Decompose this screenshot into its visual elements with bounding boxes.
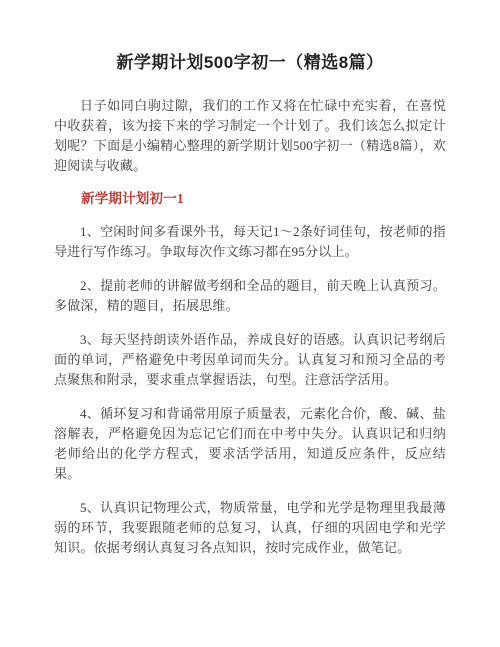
intro-paragraph: 日子如同白驹过隙，我们的工作又将在忙碌中充实着，在喜悦中收获着，该为接下来的学习… — [54, 96, 446, 176]
document-content: 新学期计划500字初一（精选8篇） 日子如同白驹过隙，我们的工作又将在忙碌中充实… — [0, 0, 500, 558]
body-paragraph-3: 3、每天坚持朗读外语作品，养成良好的语感。认真识记考纲后面的单词，严格避免中考因… — [54, 330, 446, 390]
body-paragraph-4: 4、循环复习和背诵常用原子质量表，元素化合价，酸、碱、盐溶解表，严格避免因为忘记… — [54, 404, 446, 484]
body-paragraph-2: 2、提前老师的讲解做考纲和全品的题目，前天晚上认真预习。多做深，精的题目，拓展思… — [54, 276, 446, 316]
document-title: 新学期计划500字初一（精选8篇） — [54, 50, 446, 76]
body-paragraph-5: 5、认真识记物理公式，物质常量，电学和光学是物理里我最薄弱的环节，我要跟随老师的… — [54, 498, 446, 558]
section-heading: 新学期计划初一1 — [54, 190, 446, 208]
body-paragraph-1: 1、空闲时间多看课外书，每天记1～2条好词佳句，按老师的指导进行写作练习。争取每… — [54, 222, 446, 262]
document-page: 新学期计划500字初一（精选8篇） 日子如同白驹过隙，我们的工作又将在忙碌中充实… — [0, 0, 500, 647]
